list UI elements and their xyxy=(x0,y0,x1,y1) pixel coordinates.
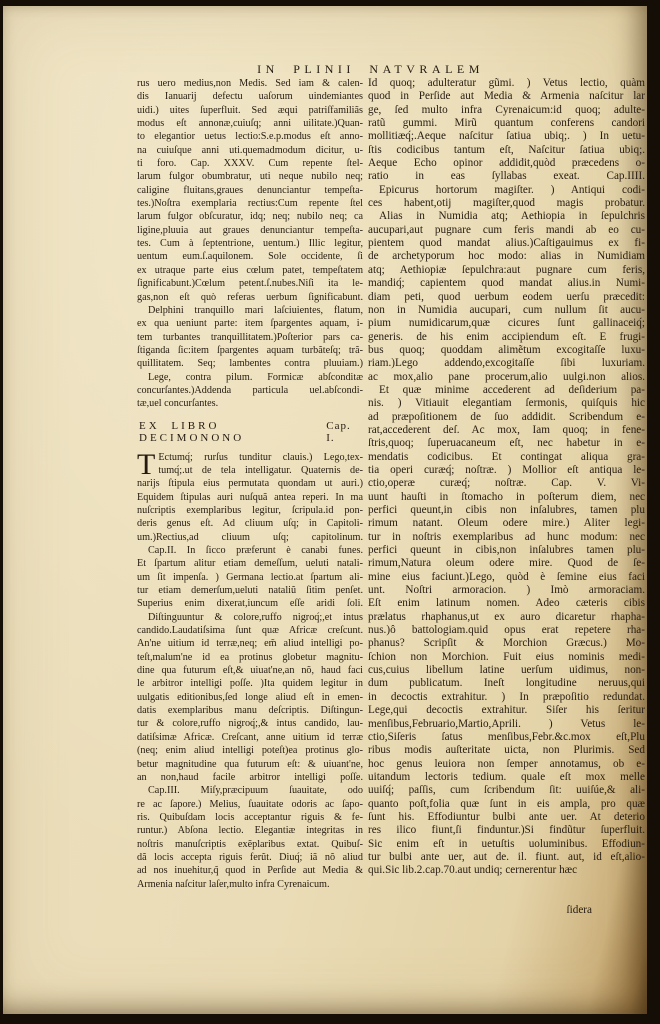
text-line: perfici queunt in cibis,non inſalubres t… xyxy=(368,544,645,557)
text-line: quod in Perſide aut Media & Armenia naſc… xyxy=(368,90,645,103)
text-line: ſtris,quoq; ſuperuacaneum eſt, nec habet… xyxy=(368,437,645,450)
text-line: Epicurus hortorum magiſter. ) Antiqui co… xyxy=(368,184,645,197)
text-line: rat,accederent deſ. Ac mox, Iam quoq; in… xyxy=(368,424,645,437)
text-line: tur in noſtris exemplaribus ad hunc modu… xyxy=(368,531,645,544)
text-line: um ſit impenſa. ) Germana lectio.at ſpar… xyxy=(137,571,363,584)
text-line: larum fulgor obſcuratur, idq; neq; nubil… xyxy=(137,210,363,223)
text-line: atq; Aethiopiæ ſepulchra:aut pugnare cum… xyxy=(368,264,645,277)
text-line: na cuiuſque anni uti.quemadmodum dicitur… xyxy=(137,144,363,157)
text-line: Equidem ſtipulas auri nuſquã antea reper… xyxy=(137,491,363,504)
text-line: tumq́;.ut de tela intelligatur. Quaterni… xyxy=(137,464,363,477)
text-line: perfici queunt,in cibis non inſalubres, … xyxy=(368,504,645,517)
text-line: tur & colore,ruffo nigroq́;,& intus cand… xyxy=(137,717,363,730)
text-line: Alias in Numidia atq; Aethiopia in ſepul… xyxy=(368,210,645,223)
text-line: Sic enim eſt in uetuſtis uoluminibus. Ef… xyxy=(368,838,645,851)
text-line: tæ,uel concurſantes. xyxy=(137,397,363,410)
text-line: cus,cuius libellum latine uerſum uidimus… xyxy=(368,664,645,677)
text-line: ſchion non Morchion. Fuit eius nominis m… xyxy=(368,651,645,664)
text-line: ge, ſed multo infra Cyrenaicum:id quoq; … xyxy=(368,104,645,117)
scanned-book-page: { "page": { "running_header": "IN PLINII… xyxy=(0,0,660,1024)
page-background: IN PLINII NATVRALEM rus uero medius,non … xyxy=(3,6,647,1014)
text-line: tur bulbi ante uer, aut de. il. fiunt. a… xyxy=(368,851,645,864)
text-line: Diſtinguuntur & colore,ruffo nigroq́;,et… xyxy=(137,611,363,624)
text-line: mendatis codicibus. Et contingat aliqua … xyxy=(368,451,645,464)
text-line: Lege, contra pilum. Formicæ abſconditæ xyxy=(137,371,363,384)
text-line: Aeque Echo opinor addidit,quòd præcedens… xyxy=(368,157,645,170)
text-line: unt. Noſtri armoracion. ) Imò armoraciam… xyxy=(368,584,645,597)
text-line: bus quoq; quoddam alimẽtum excogitaſſe l… xyxy=(368,344,645,357)
text-line: ſtiganda ſic:item ſpargentes aquam turbã… xyxy=(137,344,363,357)
section-heading-chapter: Cap. I. xyxy=(326,420,361,444)
text-line: caligine fluitans,graues denunciantur te… xyxy=(137,184,363,197)
text-line: mandiq́; capientem quod mandat alius.in … xyxy=(368,277,645,290)
text-line: dã locis accepta riguis ferũt. Diuq́; iã… xyxy=(137,851,363,864)
text-line: noſtris manuſcriptis exẽplaribus extat. … xyxy=(137,838,363,851)
text-line: Armenia naſcitur laſer,multo infra Cyren… xyxy=(137,878,363,891)
text-line: tem turbantes tranquillitatem.)Poſterior… xyxy=(137,331,363,344)
text-line: uulgatis editionibus,ſed longe aliud eſt… xyxy=(137,691,363,704)
text-line: ribus modis auſteritate uicta, non Pluri… xyxy=(368,744,645,757)
paragraph-with-dropcap: TEctumq́; rurſus tunditur clauis.) Lego,… xyxy=(137,451,363,891)
text-line: tur etiam demerſum,ueluti nataliũ ſitim … xyxy=(137,584,363,597)
text-line: An'ne uitium id terræ,neq; em̃ aliud int… xyxy=(137,637,363,650)
text-line: ctio,Siſeris ſatus menſibus,Febr.&c.mox … xyxy=(368,731,645,744)
text-line: ligine,pluuia aut graues denunciantur te… xyxy=(137,224,363,237)
text-line: ti foro. Cap. XXXV. Cum repente ſtel- xyxy=(137,157,363,170)
text-line: res ilico fiunt,ſi finduntur.)Si findũtu… xyxy=(368,824,645,837)
text-line: ces habent,otij magiſter,quod magis prob… xyxy=(368,197,645,210)
text-line: Cap.III. Miſy,præcipuum ſuauitate, odo xyxy=(137,784,363,797)
text-line: nuſcriptis exemplaribus legitur, ſcripul… xyxy=(137,504,363,517)
text-line: modus eſt annonæ,cuiuſq; anni uilitate.)… xyxy=(137,117,363,130)
text-line: teſt,malum'ne id ea protinus globetur ma… xyxy=(137,651,363,664)
text-line: runtur.) Abſona lectio. Elegantiæ integr… xyxy=(137,824,363,837)
text-line: diam peti, quod uerbum eodem uerſu præce… xyxy=(368,291,645,304)
text-line: Delphini tranquillo mari laſciuientes, f… xyxy=(137,304,363,317)
text-line: rus uero medius,non Medis. Sed iam & cal… xyxy=(137,77,363,90)
text-line: hoc genus leuiora non ſemper annotamus, … xyxy=(368,758,645,771)
paragraph: rus uero medius,non Medis. Sed iam & cal… xyxy=(137,77,363,411)
text-line: prælatus rhaphanus,ut ex auro dicaretur … xyxy=(368,611,645,624)
text-line: quanto poſt,folia quæ ſunt in eis ampla,… xyxy=(368,798,645,811)
text-line: Et ſpartum alitur etiam demeſſum, ueluti… xyxy=(137,557,363,570)
text-line: Lege,qui decoctis extrahitur. Siſer his … xyxy=(368,704,645,717)
text-line: ratũ gummi. Mirũ quantum conferens cando… xyxy=(368,117,645,130)
text-line: rimum,Natura oleum odere mire. Quod de ſ… xyxy=(368,557,645,570)
text-line: datis exemplaribus manu deſcriptis. Diſt… xyxy=(137,704,363,717)
right-column: Id quoq; adulteratur gũmi. ) Vetus lecti… xyxy=(368,77,645,878)
running-header: IN PLINII NATVRALEM xyxy=(103,62,638,77)
text-line: mollitiæq́;.Aeque naſcitur ſatiua ubiq;.… xyxy=(368,130,645,143)
text-line: betur magnitudine qua futurum eſt: & uiu… xyxy=(137,758,363,771)
text-line: menſibus,Februario,Martio,Aprili. ) Vetu… xyxy=(368,718,645,731)
text-line: uuiſq́; paſſis, cum ſcribendum ſit: uuiſ… xyxy=(368,784,645,797)
text-line: dine qua futurum eſt,& uiuat'ne,an nõ, h… xyxy=(137,664,363,677)
text-line: (neq; enim aliud intelligi poteſt)ea pro… xyxy=(137,744,363,757)
catchword: ſidera xyxy=(567,904,592,916)
text-line: ac mox,alio pane procerum,alio uulgi.non… xyxy=(368,371,645,384)
text-line: le arbitror intelligi poſſe. )Ita quidem… xyxy=(137,677,363,690)
section-heading-title: EX LIBRO DECIMONONO xyxy=(139,420,326,444)
text-line: ad nos inuehitur,q̃ quod in Perſide aut … xyxy=(137,864,363,877)
text-line: Cap.II. In ſicco præferunt è canabi fune… xyxy=(137,544,363,557)
text-line: phanus? Scripſit & Morchion Græcus.) Mo- xyxy=(368,637,645,650)
text-line: Id quoq; adulteratur gũmi. ) Vetus lecti… xyxy=(368,77,645,90)
text-line: tes.)Noſtra exemplaria rectius:Cum repen… xyxy=(137,197,363,210)
text-line: mine eius faciunt.)Lego, quòd è ſemine e… xyxy=(368,571,645,584)
text-line: ſtis codicibus tantum eſt, Naſcitur ſati… xyxy=(368,144,645,157)
text-line: ex qua ueniunt parte: item ſpargentes aq… xyxy=(137,317,363,330)
text-line: dis Ianuarij defectu uaſorum uindemiante… xyxy=(137,90,363,103)
text-line: datiſsimæ Africæ. Creſcant, anne uitium … xyxy=(137,731,363,744)
text-line: ad præpoſitionem de ſuo addidit. Scriben… xyxy=(368,411,645,424)
text-line: candido.Laudatiſsima ſunt quæ Africæ cre… xyxy=(137,624,363,637)
text-line: Ectumq́; rurſus tunditur clauis.) Lego,t… xyxy=(137,451,363,464)
text-line: uunt hauſti in ſtomacho in poſterum diem… xyxy=(368,491,645,504)
text-line: gas,non eſt quò referas uerbum ſignifica… xyxy=(137,291,363,304)
text-line: quillitatem. Seq; lambentes contra pluui… xyxy=(137,357,363,370)
text-line: uentum eum.ſ.aquilonem. Sole occidente, … xyxy=(137,250,363,263)
text-line: rimum natant. Oleum odere mire.) Aliter … xyxy=(368,517,645,530)
text-line: pium numidicarum,quæ cicures ſunt gallin… xyxy=(368,317,645,330)
text-line: qui.Sic lib.2.cap.70.aut undiq; cerneren… xyxy=(368,864,645,877)
text-line: tes. Cum à ſeptentrione, uentum.) Illic … xyxy=(137,237,363,250)
drop-cap-initial: T xyxy=(137,451,158,477)
text-line: de archetyporum hoc modo: alias in Numid… xyxy=(368,250,645,263)
text-line: deris genus eſt. Ad cliuum uſq; in Capit… xyxy=(137,517,363,530)
text-line: narijs ſtipula eius permutata quondam ut… xyxy=(137,477,363,490)
text-line: dum publicatum. Ineſt longitudine neruus… xyxy=(368,677,645,690)
text-line: uitandum lectoris tedium. quale eſt mox … xyxy=(368,771,645,784)
text-line: ratio in eas ſyllabas exeat. Cap.IIII. xyxy=(368,170,645,183)
text-line: concurſantes.)Addenda particula uel.abſc… xyxy=(137,384,363,397)
text-line: larum fulgor obumbratur, uti neque nubil… xyxy=(137,170,363,183)
text-line: non in Numidia aucupari, cum nullum ſit … xyxy=(368,304,645,317)
text-line: uidi.) uites ſuperfluit. Sed æqui patriſ… xyxy=(137,104,363,117)
text-line: Eſt enim latinum nomen. Adeo cæteris cib… xyxy=(368,597,645,610)
text-line: ctio,operæ curæq́; noſtræ. Cap. V. Vi- xyxy=(368,477,645,490)
text-line: nus.)ô battologiam.quid opus erat repete… xyxy=(368,624,645,637)
text-line: to elegantior uetus lectio:S.e.p.modus e… xyxy=(137,130,363,143)
left-column: rus uero medius,non Medis. Sed iam & cal… xyxy=(137,77,363,891)
text-line: in decoctis extrahitur. ) In præpoſitio … xyxy=(368,691,645,704)
text-line: um.)Rectius,ad cliuum uſq; capitolinum. xyxy=(137,531,363,544)
text-line: nis. ) Vitiauit elegantiam ſermonis, qui… xyxy=(368,397,645,410)
text-line: ſunt his. Effodiuntur bulbi ante uer. At… xyxy=(368,811,645,824)
text-line: tia operi curæq́; noſtræ. ) Mollior eſt … xyxy=(368,464,645,477)
text-line: an non,haud facile arbitror intelligi po… xyxy=(137,771,363,784)
text-line: ex utraque parte eius cœlum patet, tempe… xyxy=(137,264,363,277)
text-line: generis. de his enim accipiendum eſt. E … xyxy=(368,331,645,344)
text-line: Et quæ minime accederent ad deſiderium p… xyxy=(368,384,645,397)
paragraph: Id quoq; adulteratur gũmi. ) Vetus lecti… xyxy=(368,77,645,878)
text-line: riam.)Lego addendo,excogitaſſe ſibi luxu… xyxy=(368,357,645,370)
text-line: Superius enim dixerat,iuncum eſſe aridi … xyxy=(137,597,363,610)
section-heading: EX LIBRO DECIMONONOCap. I. xyxy=(139,420,361,444)
text-line: ſignificabunt.)Cœlum petent.ſ.nubes.Niſi… xyxy=(137,277,363,290)
text-line: pientem quod mandat alius.)Caſtigauimus … xyxy=(368,237,645,250)
text-line: aucupari,aut pugnare cum feris mandi ab … xyxy=(368,224,645,237)
text-line: ris. Quibuſdam locis acceptantur riguis … xyxy=(137,811,363,824)
text-line: re ac ſapore.) Melius, ſuauitate odoris … xyxy=(137,798,363,811)
